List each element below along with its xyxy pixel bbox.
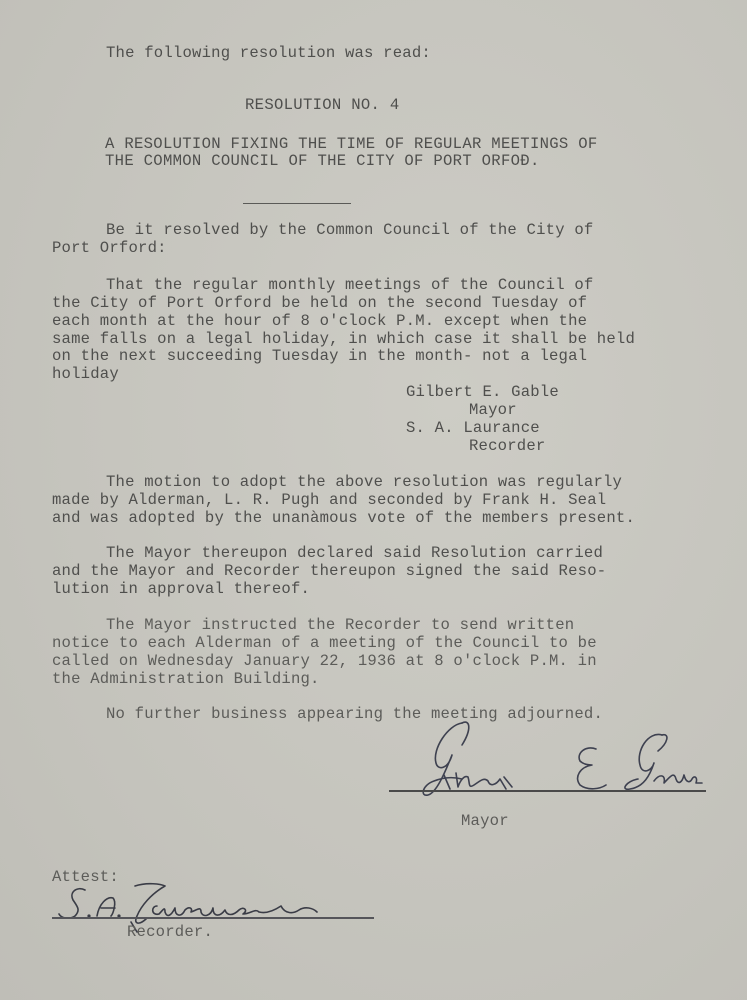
instruction-line: notice to each Alderman of a meeting of … [52,634,597,652]
intro-text: The following resolution was read: [106,44,431,62]
body-line: That the regular monthly meetings of the… [106,276,593,294]
typed-mayor-title: Mayor [469,401,517,419]
resolved-line: Be it resolved by the Common Council of … [106,221,593,239]
resolution-number: RESOLUTION NO. 4 [245,96,400,114]
typed-mayor-name: Gilbert E. Gable [406,383,559,401]
body-line: on the next succeeding Tuesday in the mo… [52,347,587,365]
instruction-line: The Mayor instructed the Recorder to sen… [106,616,574,634]
instruction-line: called on Wednesday January 22, 1936 at … [52,652,597,670]
motion-line: and was adopted by the unanàmous vote of… [52,509,635,527]
resolved-line: Port Orford: [52,239,167,257]
motion-line: made by Alderman, L. R. Pugh and seconde… [52,491,606,509]
mayor-title-label: Mayor [461,812,509,830]
declaration-line: The Mayor thereupon declared said Resolu… [106,544,603,562]
body-line: holiday [52,365,119,383]
motion-line: The motion to adopt the above resolution… [106,473,622,491]
instruction-line: the Administration Building. [52,670,320,688]
resolution-title-line: A RESOLUTION FIXING THE TIME OF REGULAR … [105,135,598,153]
body-line: same falls on a legal holiday, in which … [52,330,635,348]
recorder-signature-line [52,917,374,919]
mayor-signature-handwriting [400,715,710,805]
recorder-signature-handwriting [55,876,385,936]
resolution-title-line: THE COMMON COUNCIL OF THE CITY OF PORT O… [105,152,540,170]
mayor-signature-line [389,790,706,792]
divider-rule [243,203,351,204]
body-line: the City of Port Orford be held on the s… [52,294,587,312]
typed-recorder-name: S. A. Laurance [406,419,540,437]
declaration-line: lution in approval thereof. [52,580,310,598]
recorder-title-label: Recorder. [127,923,213,941]
declaration-line: and the Mayor and Recorder thereupon sig… [52,562,606,580]
body-line: each month at the hour of 8 o'clock P.M.… [52,312,587,330]
typed-recorder-title: Recorder [469,437,545,455]
